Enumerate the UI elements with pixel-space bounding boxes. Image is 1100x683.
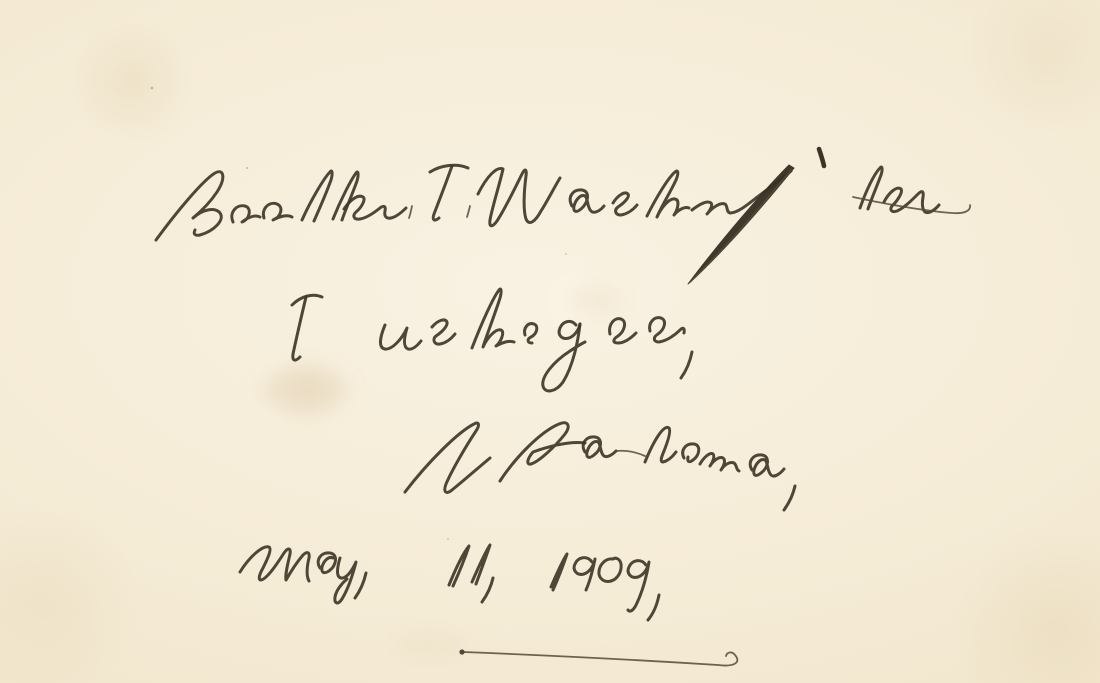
place-line bbox=[292, 289, 692, 391]
handwriting-svg bbox=[0, 0, 1100, 683]
signature-name-line bbox=[156, 149, 970, 284]
state-line bbox=[405, 423, 795, 510]
autograph-card: Booker T. Washington Tuskegee, Alabama, … bbox=[0, 0, 1100, 683]
date-line bbox=[240, 545, 659, 620]
flourish-underline bbox=[459, 649, 737, 665]
